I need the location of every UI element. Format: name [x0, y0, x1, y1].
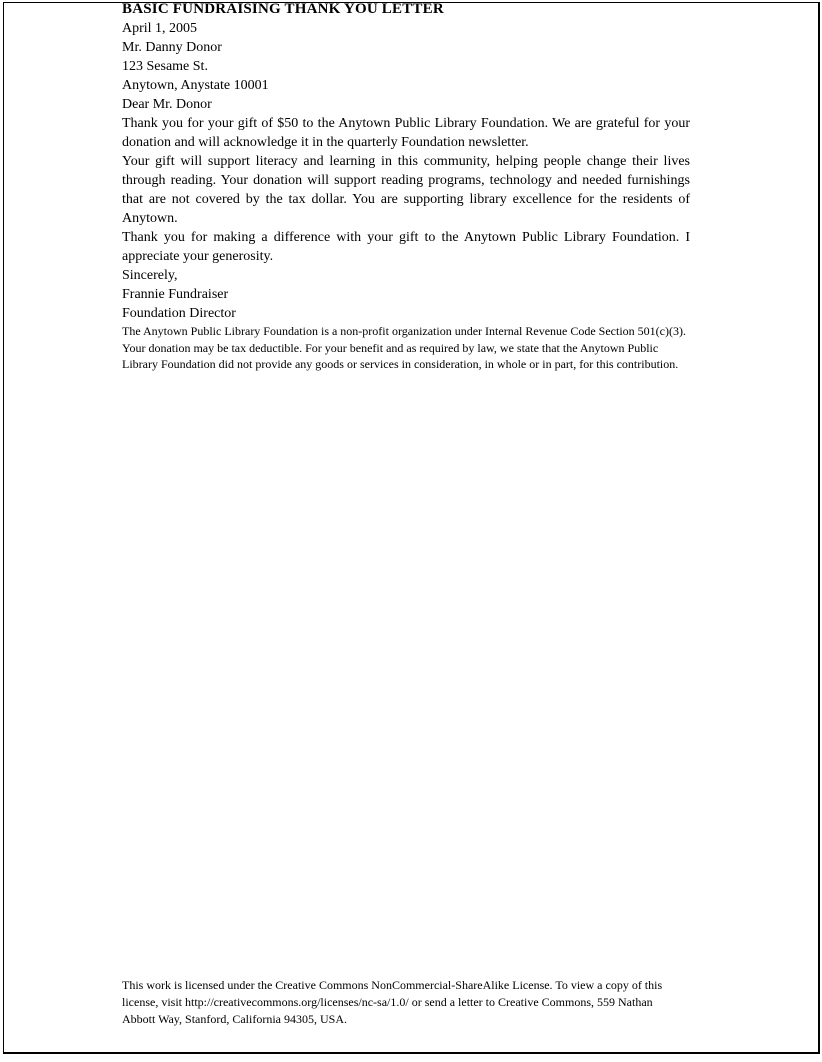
signature-name: Frannie Fundraiser [122, 285, 690, 304]
license-notice: This work is licensed under the Creative… [122, 977, 687, 1028]
tax-disclaimer: The Anytown Public Library Foundation is… [122, 323, 690, 373]
letter-page: BASIC FUNDRAISING THANK YOU LETTER April… [0, 0, 822, 1062]
salutation: Dear Mr. Donor [122, 95, 690, 114]
recipient-street: 123 Sesame St. [122, 57, 690, 76]
recipient-name: Mr. Danny Donor [122, 38, 690, 57]
letter-date: April 1, 2005 [122, 19, 690, 38]
body-paragraph-2: Your gift will support literacy and lear… [122, 152, 690, 228]
recipient-city-state-zip: Anytown, Anystate 10001 [122, 76, 690, 95]
letter-content: BASIC FUNDRAISING THANK YOU LETTER April… [122, 0, 690, 373]
letter-title: BASIC FUNDRAISING THANK YOU LETTER [122, 0, 690, 19]
recipient-address: Mr. Danny Donor 123 Sesame St. Anytown, … [122, 38, 690, 95]
body-paragraph-3: Thank you for making a difference with y… [122, 228, 690, 266]
body-paragraph-1: Thank you for your gift of $50 to the An… [122, 114, 690, 152]
closing: Sincerely, [122, 266, 690, 285]
signature-block: Frannie Fundraiser Foundation Director [122, 285, 690, 323]
signature-title: Foundation Director [122, 304, 690, 323]
